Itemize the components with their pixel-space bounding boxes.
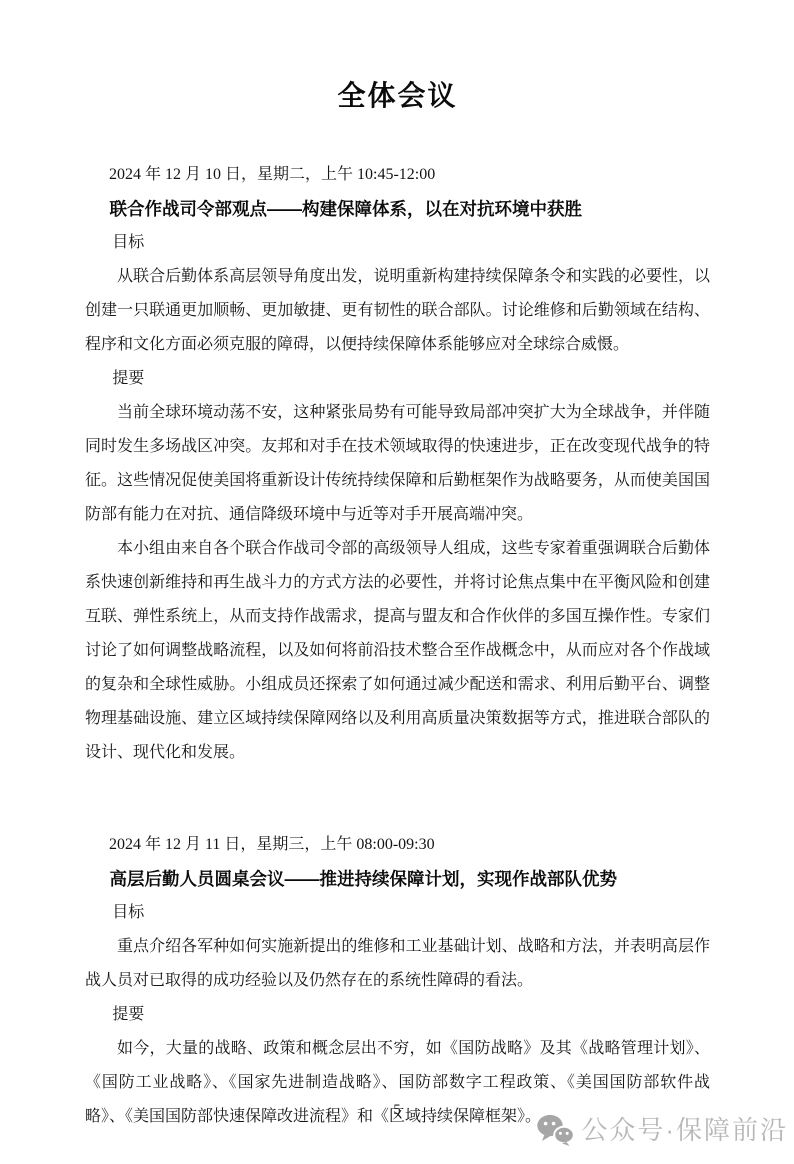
wechat-icon [537,1114,574,1146]
session-2-objective-text: 重点介绍各军种如何实施新提出的维修和工业基础计划、战略和方法，并表明高层作战人员… [85,930,710,998]
watermark: 公众号·保障前沿 [537,1114,788,1146]
session-1-objective-text: 从联合后勤体系高层领导角度出发，说明重新构建持续保障条令和实践的必要性，以创建一… [85,260,710,362]
session-1-summary-paragraph: 当前全球环境动荡不安，这种紧张局势有可能导致局部冲突扩大为全球战争，并伴随同时发… [85,396,710,532]
document-page: 全体会议 2024 年 12 月 10 日，星期二，上午 10:45-12:00… [0,0,794,1164]
session-block-1: 2024 年 12 月 10 日，星期二，上午 10:45-12:00 联合作战… [85,158,710,770]
session-1-title: 联合作战司令部观点——构建保障体系，以在对抗环境中获胜 [85,192,710,226]
session-2-datetime: 2024 年 12 月 11 日，星期三，上午 08:00-09:30 [85,828,710,862]
session-2-summary-label: 提要 [85,998,710,1032]
page-title: 全体会议 [85,76,710,116]
session-1-summary-paragraph: 本小组由来自各个联合作战司令部的高级领导人组成，这些专家着重强调联合后勤体系快速… [85,532,710,770]
session-1-datetime: 2024 年 12 月 10 日，星期二，上午 10:45-12:00 [85,158,710,192]
session-block-2: 2024 年 12 月 11 日，星期三，上午 08:00-09:30 高层后勤… [85,828,710,1134]
session-2-title: 高层后勤人员圆桌会议——推进持续保障计划，实现作战部队优势 [85,862,710,896]
session-1-objective-label: 目标 [85,226,710,260]
session-2-objective-label: 目标 [85,896,710,930]
session-1-summary-label: 提要 [85,362,710,396]
watermark-text: 公众号·保障前沿 [581,1115,788,1145]
